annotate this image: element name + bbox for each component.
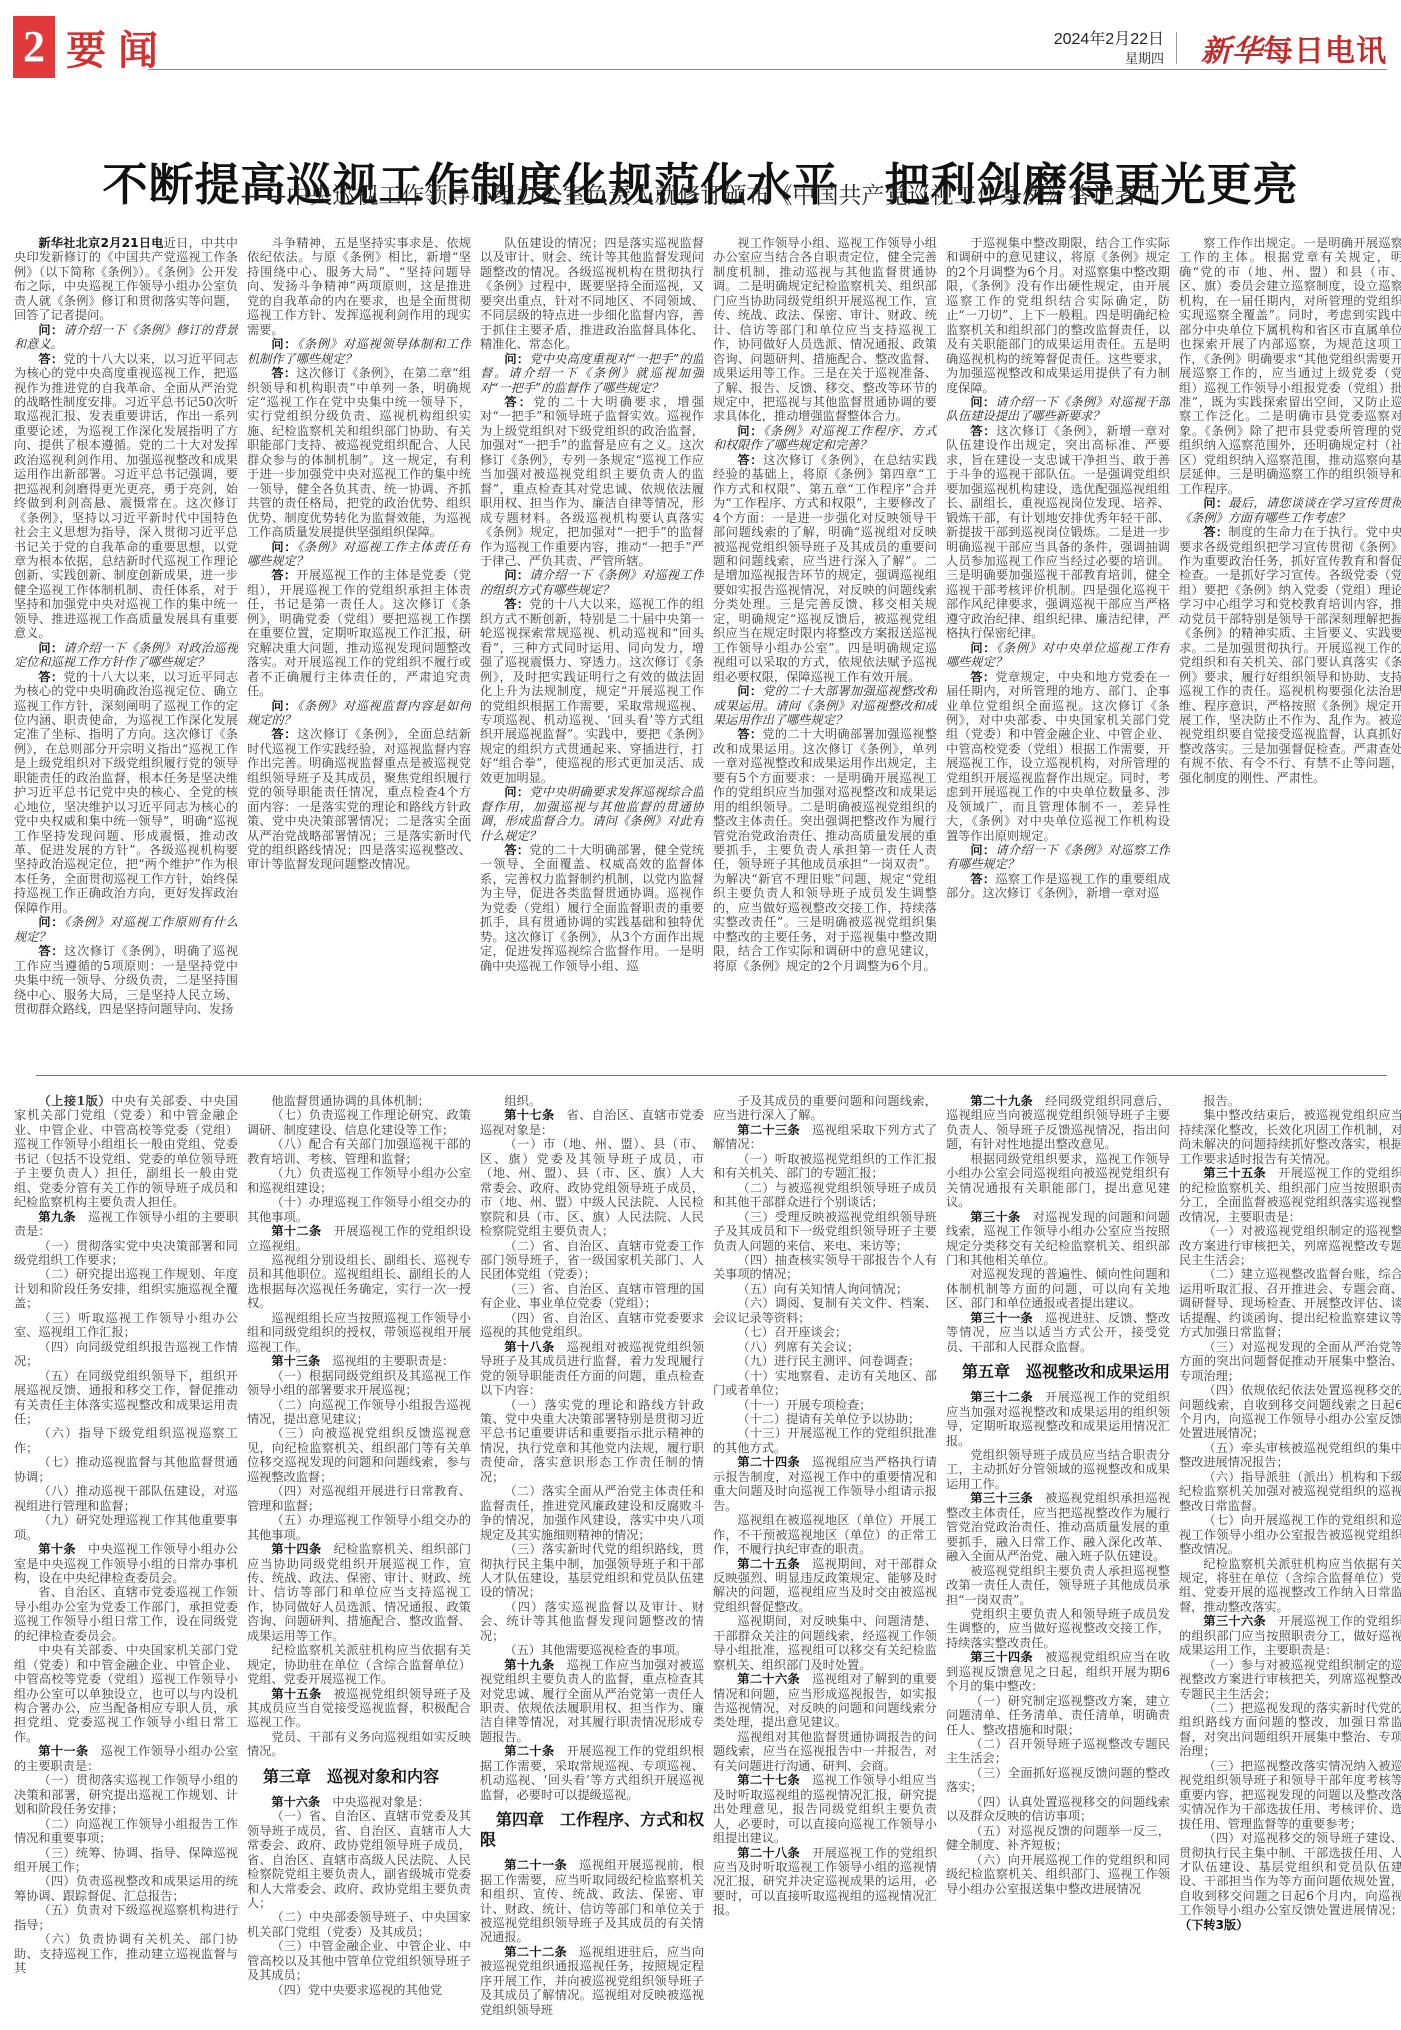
section-divider (36, 1075, 1387, 1076)
body-paragraph: （三）中管金融企业、中管企业、中管高校以及其他中管单位党组织领导班子及其成员； (247, 1939, 471, 1982)
paragraph-text: （一）省、自治区、直辖市党委及其领导班子成员，省、自治区、直辖市人大常委会、政府… (247, 1809, 471, 1910)
paragraph-text: 纪检监察机关派驻机构应当依据有关规定，将驻在单位（含综合监督单位）党组、党委开展… (1179, 1557, 1401, 1614)
body-paragraph: （三）向被巡视党组织反馈巡视意见，向纪检监察机关、组织部门等有关单位移交巡视发现… (247, 1426, 471, 1484)
chapter-heading: 第五章 巡视整改和成果运用 (946, 1362, 1170, 1382)
paragraph-text: （一）研究制定巡视整改方案，建立问题清单、任务清单、责任清单，明确责任人、整改措… (946, 1694, 1170, 1737)
paragraph-text: （八）配合有关部门加强巡视干部的教育培训、考核、管理和监督； (247, 1137, 471, 1165)
text-column: 新华社北京2月21日电近日，中共中央印发新修订的《中国共产党巡视工作条例》（以下… (14, 236, 238, 1054)
paragraph-text: （三）把巡视整改落实情况纳入被巡视党组织领导班子和领导干部年度考核等重要内容，把… (1179, 1759, 1401, 1831)
paragraph-text: 巡视期间，对反映集中、问题清楚、干部群众关注的问题线索，经巡视工作领导小组批准，… (713, 1614, 937, 1671)
text-column: 第二十九条经同级党组织同意后，巡视组应当向被巡视党组织领导班子主要负责人、领导班… (946, 1094, 1170, 2030)
text-column: 于巡视集中整改期限，结合工作实际和调研中的意见建议，将原《条例》规定的2个月调整… (946, 236, 1170, 1054)
paragraph-label: 问： (504, 568, 529, 582)
paragraph-label: 问： (271, 699, 297, 713)
question-paragraph: 问：请介绍一下《条例》对政治巡视定位和巡视工作方针作了哪些规定？ (14, 641, 238, 670)
body-paragraph: （九）负责巡视工作领导小组办公室和巡视组建设； (247, 1166, 471, 1195)
answer-paragraph: 答：制度的生命力在于执行。党中央要求各级党组织把学习宣传贯彻《条例》作为重要政治… (1179, 525, 1401, 785)
paragraph-text: 这次修订《条例》，在总结实践经验的基础上，将原《条例》第四章“工作方式和权限”、… (713, 453, 937, 684)
chapter-heading: 第四章 工作程序、方式和权限 (480, 1810, 704, 1850)
paragraph-text: （五）向有关知情人询问情况； (737, 1282, 908, 1296)
paragraph-text: （三）向被巡视党组织反馈巡视意见，向纪检监察机关、组织部门等有关单位移交巡视发现… (247, 1426, 471, 1483)
body-paragraph: （七）向开展巡视工作的党组织和巡视工作领导小组办公室报告被巡视党组织整改情况。 (1179, 1513, 1401, 1556)
date-separator (1176, 32, 1177, 64)
clause-number: 第三十五条 (1203, 1166, 1266, 1180)
question-paragraph: 问：《条例》对巡视工作主体责任有哪些规定？ (247, 540, 471, 569)
masthead: 2 要闻 2024年2月22日 星期四 新华每日电讯 (0, 0, 1401, 72)
paragraph-label: 答： (38, 670, 63, 684)
paragraph-text: 党的十八大以来，以习近平同志为核心的党中央明确政治巡视定位、确立巡视工作方针，深… (14, 670, 238, 915)
body-paragraph: （一）听取被巡视党组织的工作汇报和有关机关、部门的专题汇报； (713, 1152, 937, 1181)
clause-number: 第二十二条 (504, 1945, 567, 1959)
paragraph-text: （八）推动巡视干部队伍建设，对巡视组进行管理和监督； (14, 1484, 238, 1512)
paragraph-text: （十三）开展巡视工作的党组织批准的其他方式。 (713, 1426, 937, 1454)
body-paragraph: （四）向同级党组织报告巡视工作情况； (14, 1340, 238, 1369)
paragraph-text: （四）负责巡视整改和成果运用的统筹协调、跟踪督促、汇总报告； (14, 1874, 238, 1902)
body-paragraph: （七）负责巡视工作理论研究、政策调研、制度建设、信息化建设等工作； (247, 1108, 471, 1137)
paragraph-text: 于巡视集中整改期限，结合工作实际和调研中的意见建议，将原《条例》规定的2个月调整… (946, 236, 1170, 395)
paragraph-text: （一）贯彻落实巡视工作领导小组的决策和部署，研究提出巡视工作规划、计划和阶段任务… (14, 1773, 238, 1816)
article-clause: 第二十条开展巡视工作的党组织根据工作需要，采取常规巡视、专项巡视、机动巡视、‘回… (480, 1744, 704, 1802)
article-clause: 第二十二条巡视组进驻后，应当向被巡视党组织通报巡视任务，按照规定程序开展工作，并… (480, 1945, 704, 2017)
article-clause: 第二十六条巡视组对了解到的重要情况和问题，应当形成巡视报告，如实报告巡视情况，对… (713, 1672, 937, 1730)
text-column: 视工作领导小组、巡视工作领导小组办公室应当结合各自职责定位，健全完善制度机制，推… (713, 236, 937, 1054)
body-paragraph: （一）对被巡视党组织制定的巡视整改方案进行审核把关，列席巡视整改专题民主生活会； (1179, 1224, 1401, 1267)
paragraph-text: 这次修订《条例》，新增一章对队伍建设作出规定，突出高标准、严要求，旨在建设一支忠… (946, 424, 1170, 640)
paragraph-label: 答： (271, 366, 296, 380)
paragraph-label: 新华社北京2月21日电 (38, 236, 163, 250)
paragraph-text: 集中整改结束后，被巡视党组织应当持续深化整改，长效化巩固工作机制，对尚未解决的问… (1179, 1108, 1401, 1165)
clause-number: 第三十三条 (970, 1491, 1033, 1505)
paragraph-text: （十）办理巡视工作领导小组交办的其他事项。 (247, 1195, 471, 1223)
question-paragraph: 问：《条例》对巡视工作程序、方式和权限作了哪些规定和完善？ (713, 424, 937, 453)
paragraph-text: 党员、干部有义务向巡视组如实反映情况。 (247, 1730, 471, 1758)
paragraph-text: （九）进行民主测评、问卷调查； (737, 1354, 920, 1368)
body-paragraph: 集中整改结束后，被巡视党组织应当持续深化整改，长效化巩固工作机制，对尚未解决的问… (1179, 1108, 1401, 1166)
body-paragraph: （三）受理反映被巡视党组织领导班子及其成员和下一级党组织领导班子主要负责人问题的… (713, 1210, 937, 1253)
date-text: 2024年2月22日 (1054, 30, 1164, 50)
text-column: 子及其成员的重要问题和问题线索，应当进行深入了解。第二十三条巡视组采取下列方式了… (713, 1094, 937, 2030)
clause-number: 第三十六条 (1203, 1614, 1266, 1628)
clause-number: 第二十一条 (504, 1858, 567, 1872)
body-paragraph: 新华社北京2月21日电近日，中共中央印发新修订的《中国共产党巡视工作条例》（以下… (14, 236, 238, 323)
article-clause: 第三十一条巡视进驻、反馈、整改等情况，应当以适当方式公开，接受党员、干部和人民群… (946, 1311, 1170, 1354)
paragraph-text: 党组织主要负责人和领导班子成员发生调整的，应当做好巡视整改交接工作，持续落实整改… (946, 1607, 1170, 1650)
article-clause: 第三十二条开展巡视工作的党组织应当加强对巡视整改和成果运用的组织领导，定期听取巡… (946, 1390, 1170, 1448)
clause-number: 第三十条 (970, 1210, 1020, 1224)
body-paragraph: （六）负责协调有关机关、部门协助、支持巡视工作，推动建立巡视监督与其 (14, 1932, 238, 1975)
paragraph-text: （三）受理反映被巡视党组织领导班子及其成员和下一级党组织领导班子主要负责人问题的… (713, 1210, 937, 1253)
text-column: 察工作作出规定。一是明确开展巡察工作的主体。根据党章有关规定，明确“党的市（地、… (1179, 236, 1401, 1054)
clause-number: 第三十二条 (970, 1390, 1033, 1404)
paragraph-label: 问： (970, 641, 996, 655)
paragraph-label: 答： (970, 670, 995, 684)
clause-number: 第二十六条 (737, 1672, 800, 1686)
paragraph-text: （二）省、自治区、直辖市党委工作部门领导班子，省一级国家机关部门、人民团体党组（… (480, 1239, 704, 1282)
paragraph-label: 答： (271, 727, 297, 741)
paragraph-text: （四）落实巡视监督以及审计、财会、统计等其他监督发现问题整改的情况； (480, 1600, 704, 1643)
body-paragraph: （六）指导派驻（派出）机构和下级纪检监察机关加强对被巡视党组织的巡视整改日常监督… (1179, 1470, 1401, 1513)
answer-paragraph: 答：党的二十大明确部署加强巡视整改和成果运用。这次修订《条例》，单列一章对巡视整… (713, 727, 937, 973)
paragraph-label: 答： (970, 424, 996, 438)
body-paragraph: （七）推动巡视监督与其他监督贯通协调； (14, 1455, 238, 1484)
body-paragraph: 对巡视发现的普遍性、倾向性问题和体制机制等方面的问题，可以向有关地区、部门和单位… (946, 1267, 1170, 1310)
body-paragraph: （三）省、自治区、直辖市管理的国有企业、事业单位党委（党组）； (480, 1282, 704, 1311)
issue-date: 2024年2月22日 星期四 (1054, 30, 1164, 68)
body-paragraph: （二）中央部委领导班子、中央国家机关部门党组（党委）及其成员； (247, 1910, 471, 1939)
body-paragraph: （三）把巡视整改落实情况纳入被巡视党组织领导班子和领导干部年度考核等重要内容，把… (1179, 1759, 1401, 1831)
article-clause: 第十五条被巡视党组织领导班子及其成员应当自觉接受巡视监督，积极配合巡视工作。 (247, 1687, 471, 1730)
paragraph-label: 答： (737, 453, 763, 467)
body-paragraph: （一）参与对被巡视党组织制定的巡视整改方案进行审核把关，列席巡视整改专题民主生活… (1179, 1658, 1401, 1701)
regulation-text-columns: （上接1版）中央有关部委、中央国家机关部门党组（党委）和中管金融企业、中管企业、… (14, 1094, 1401, 2030)
body-paragraph: （二）向巡视工作领导小组报告工作情况和重要事项； (14, 1817, 238, 1846)
paragraph-text: （三）落实新时代党的组织路线，贯彻执行民主集中制，加强领导班子和干部人才队伍建设… (480, 1542, 704, 1599)
article-clause: 第十三条巡视组的主要职责是： (247, 1354, 471, 1368)
clause-number: 第二十九条 (970, 1094, 1033, 1108)
question-paragraph: 问：请介绍一下《条例》对巡视干部队伍建设提出了哪些新要求？ (946, 395, 1170, 424)
paragraph-text: 党章规定，中央和地方党委在一届任期内，对所管理的地方、部门、企事业单位党组织全面… (946, 670, 1170, 843)
paragraph-text: （三）省、自治区、直辖市管理的国有企业、事业单位党委（党组）； (480, 1282, 704, 1310)
body-paragraph: 报告。 (1179, 1094, 1401, 1108)
paragraph-text: （四）依规依纪依法处置巡视移交的问题线索，自收到移交问题线索之日起6个月内，向巡… (1179, 1383, 1401, 1440)
body-paragraph: 根据同级党组织要求，巡视工作领导小组办公室会同巡视组向被巡视党组织有关情况通报有… (946, 1152, 1170, 1210)
paragraph-text: 对巡视发现的普遍性、倾向性问题和体制机制等方面的问题，可以向有关地区、部门和单位… (946, 1267, 1170, 1310)
article-clause: 第十条中央巡视工作领导小组办公室是中央巡视工作领导小组的日常办事机构，设在中央纪… (14, 1542, 238, 1585)
paragraph-label: 问： (271, 337, 297, 351)
article-clause: 第二十三条巡视组采取下列方式了解情况： (713, 1123, 937, 1152)
body-paragraph: （二）把巡视发现的落实新时代党的组织路线方面问题的整改，加强日常监督，对突出问题… (1179, 1701, 1401, 1759)
body-paragraph: 子及其成员的重要问题和问题线索，应当进行深入了解。 (713, 1094, 937, 1123)
paragraph-text: （二）研究提出巡视工作规划、年度计划和阶段任务安排，组织实施巡视全覆盖； (14, 1267, 238, 1310)
clause-number: 第十六条 (271, 1795, 320, 1809)
paragraph-text: 纪检监察机关派驻机构应当依据有关规定，协助驻在单位（含综合监督单位）党组、党委开… (247, 1643, 471, 1686)
paragraph-text: 党的十八大以来，以习近平同志为核心的党中央高度重视巡视工作，把巡视作为推进党的自… (14, 352, 238, 641)
body-paragraph: （五）负责对下级巡视巡察机构进行指导； (14, 1903, 238, 1932)
body-paragraph: （三）全面抓好巡视反馈问题的整改落实； (946, 1766, 1170, 1795)
paragraph-text: 巡视组组长应当按照巡视工作领导小组和同级党组织的授权，带领巡视组开展巡视工作。 (247, 1311, 471, 1354)
paragraph-label: 问： (271, 540, 297, 554)
paragraph-text: （二）中央部委领导班子、中央国家机关部门党组（党委）及其成员； (247, 1910, 471, 1938)
article-clause: 第三十三条被巡视党组织承担巡视整改主体责任，应当把巡视整改作为履行管党治党政治责… (946, 1491, 1170, 1563)
body-paragraph: （十一）开展专项检查； (713, 1398, 937, 1412)
paragraph-text: （五）对巡视反馈的问题举一反三，健全制度、补齐短板； (946, 1824, 1170, 1852)
text-column: 队伍建设的情况；四是落实巡视监督以及审计、财会、统计等其他监督发现问题整改的情况… (480, 236, 704, 1054)
body-paragraph: 党员、干部有义务向巡视组如实反映情况。 (247, 1730, 471, 1759)
paragraph-text: 察工作作出规定。一是明确开展巡察工作的主体。根据党章有关规定，明确“党的市（地、… (1179, 236, 1401, 496)
clause-number: 第十四条 (271, 1542, 321, 1556)
paragraph-text: （五）办理巡视工作领导小组交办的其他事项。 (247, 1513, 471, 1541)
paragraph-text: （六）向开展巡视工作的党组织和同级纪检监察机关、组织部门、巡视工作领导小组办公室… (946, 1853, 1170, 1896)
paragraph-label: 答： (970, 872, 995, 886)
body-paragraph: 巡视期间，对反映集中、问题清楚、干部群众关注的问题线索，经巡视工作领导小组批准，… (713, 1614, 937, 1672)
question-paragraph: 问：党的二十大部署加强巡视整改和成果运用。请问《条例》对巡视整改和成果运用作出了… (713, 684, 937, 727)
paragraph-text: （一）对被巡视党组织制定的巡视整改方案进行审核把关，列席巡视整改专题民主生活会； (1179, 1224, 1401, 1267)
answer-paragraph: 答：党章规定，中央和地方党委在一届任期内，对所管理的地方、部门、企事业单位党组织… (946, 670, 1170, 843)
body-paragraph: （二）研究提出巡视工作规划、年度计划和阶段任务安排，组织实施巡视全覆盖； (14, 1267, 238, 1310)
body-paragraph: （四）依规依纪依法处置巡视移交的问题线索，自收到移交问题线索之日起6个月内，向巡… (1179, 1383, 1401, 1441)
paragraph-text: 开展巡视工作的主体是党委（党组），开展巡视工作的党组织承担主体责任，书记是第一责… (247, 568, 471, 698)
paragraph-label: 问： (504, 352, 529, 366)
paragraph-text: （一）听取被巡视党组织的工作汇报和有关机关、部门的专题汇报； (713, 1152, 937, 1180)
body-paragraph: 组织。 (480, 1094, 704, 1108)
paragraph-label: 答： (38, 944, 64, 958)
clause-number: 第二十三条 (737, 1123, 800, 1137)
paragraph-label: 问： (38, 915, 64, 929)
continued-on-page-3: （下转3版） (1179, 1918, 1248, 1932)
body-paragraph: （一）市（地、州、盟）、县（市、区、旗）党委及其领导班子成员，市（地、州、盟）、… (480, 1137, 704, 1238)
article-clause: 第十二条开展巡视工作的党组织设立巡视组。 (247, 1224, 471, 1253)
clause-number: 第三十一条 (970, 1311, 1033, 1325)
clause-number: 第十五条 (271, 1687, 321, 1701)
body-paragraph: （九）进行民主测评、问卷调查； (713, 1354, 937, 1368)
body-paragraph: （四）党中央要求巡视的其他党 (247, 1983, 471, 1997)
clause-number: 第二十五条 (737, 1557, 800, 1571)
text-column: 组织。第十七条省、自治区、直辖市党委巡视对象是：（一）市（地、州、盟）、县（市、… (480, 1094, 704, 2030)
body-paragraph: （二）落实全面从严治党主体责任和监督责任，推进党风廉政建设和反腐败斗争的情况，加… (480, 1484, 704, 1542)
body-paragraph: 被巡视党组织主要负责人承担巡视整改第一责任人责任，领导班子其他成员承担“一岗双责… (946, 1564, 1170, 1607)
paragraph-label: 答： (504, 395, 533, 409)
body-paragraph: （五）向有关知情人询问情况； (713, 1282, 937, 1296)
paragraph-label: 答： (38, 352, 63, 366)
paragraph-text: （十）实地察看、走访有关地区、部门或者单位； (713, 1369, 937, 1397)
paragraph-text: 视工作领导小组、巡视工作领导小组办公室应当结合各自职责定位，健全完善制度机制，推… (713, 236, 937, 423)
body-paragraph: （二）召开领导班子巡视整改专题民主生活会； (946, 1737, 1170, 1766)
paragraph-text: （六）指导下级党组织巡视巡察工作； (14, 1426, 238, 1454)
article-clause: 第二十五条巡视期间，对干部群众反映强烈、明显违反政策规定、能够及时解决的问题，巡… (713, 1557, 937, 1615)
paragraph-label: 答： (504, 843, 529, 857)
body-paragraph: （十二）提请有关单位予以协助； (713, 1412, 937, 1426)
paragraph-text: （六）负责协调有关机关、部门协助、支持巡视工作，推动建立巡视监督与其 (14, 1932, 238, 1975)
paragraph-label: 答： (1203, 525, 1228, 539)
clause-number: 第十九条 (504, 1658, 554, 1672)
text-column: 斗争精神，五是坚持实事求是、依规依纪依法。与原《条例》相比，新增“坚持围绕中心、… (247, 236, 471, 1054)
paragraph-text: 中央有关部委、中央国家机关部门党组（党委）和中管金融企业、中管企业、中管高校等党… (14, 1643, 238, 1744)
clause-number: 第十一条 (38, 1744, 88, 1758)
paragraph-text: 队伍建设的情况；四是落实巡视监督以及审计、财会、统计等其他监督发现问题整改的情况… (480, 236, 704, 351)
answer-paragraph: 答：党的十八大以来，以习近平同志为核心的党中央高度重视巡视工作，把巡视作为推进党… (14, 352, 238, 641)
question-paragraph: 问：请介绍一下《条例》对巡察工作有哪些规定？ (946, 843, 1170, 872)
paragraph-label: 问： (737, 684, 762, 698)
answer-paragraph: 答：这次修订《条例》，在第二章“组织领导和机构职责”中单列一条，明确规定“巡视工… (247, 366, 471, 539)
paragraph-text: （三）全面抓好巡视反馈问题的整改落实； (946, 1766, 1170, 1794)
article-clause: 第二十四条巡视组应当严格执行请示报告制度，对巡视工作中的重要情况和重大问题及时向… (713, 1455, 937, 1513)
chapter-heading: 第三章 巡视对象和内容 (247, 1767, 471, 1787)
paragraph-text: （七）向开展巡视工作的党组织和巡视工作领导小组办公室报告被巡视党组织整改情况。 (1179, 1513, 1401, 1556)
paragraph-text: 组织。 (504, 1094, 541, 1108)
clause-number: 第十二条 (271, 1224, 321, 1238)
question-paragraph: 问：《条例》对中央单位巡视工作有哪些规定？ (946, 641, 1170, 670)
paragraph-text: （四）认真处置巡视移交的问题线索以及群众反映的信访事项； (946, 1795, 1170, 1823)
article-clause: 第三十六条开展巡视工作的党组织的组织部门应当按照职责分工，做好巡视成果运用工作，… (1179, 1614, 1401, 1657)
logo-xinhua: 新华 (1201, 34, 1263, 69)
weekday-text: 星期四 (1054, 50, 1164, 68)
paragraph-label: （上接1版） (38, 1094, 111, 1108)
text-column: 报告。集中整改结束后，被巡视党组织应当持续深化整改，长效化巩固工作机制，对尚未解… (1179, 1094, 1401, 2030)
paragraph-text: （五）在同级党组织领导下，组织开展巡视反馈、通报和移交工作，督促推动有关责任主体… (14, 1369, 238, 1426)
clause-number: 第十条 (38, 1542, 76, 1556)
paragraph-text: （七）推动巡视监督与其他监督贯通协调； (14, 1455, 238, 1483)
body-paragraph: （六）向开展巡视工作的党组织和同级纪检监察机关、组织部门、巡视工作领导小组办公室… (946, 1853, 1170, 1896)
body-paragraph: 斗争精神，五是坚持实事求是、依规依纪依法。与原《条例》相比，新增“坚持围绕中心、… (247, 236, 471, 337)
paragraph-label: 问： (38, 323, 63, 337)
article-clause: 第十四条纪检监察机关、组织部门应当协助同级党组织开展巡视工作，宣传、统战、政法、… (247, 1542, 471, 1643)
paragraph-text: 中央有关部委、中央国家机关部门党组（党委）和中管金融企业、中管企业、中管高校等党… (14, 1094, 238, 1209)
paragraph-text: 巡视组对其他监督贯通协调报告的问题线索，应当在巡视报告中一并报告，对有关问题进行… (713, 1730, 937, 1773)
clause-number: 第十三条 (271, 1354, 320, 1368)
logo-meiri-dianxun: 每日电讯 (1263, 34, 1387, 69)
paragraph-text: 这次修订《条例》，全面总结新时代巡视工作实践经验，对巡视监督内容作出完善。明确巡… (247, 727, 471, 871)
body-paragraph: （二）向巡视工作领导小组报告巡视情况，提出意见建议； (247, 1398, 471, 1427)
clause-number: 第二十条 (504, 1744, 554, 1758)
question-paragraph: 问：请介绍一下《条例》对巡视工作的组织方式有哪些规定？ (480, 568, 704, 597)
body-paragraph: 巡视组在被巡视地区（单位）开展工作，不干预被巡视地区（单位）的正常工作，不履行执… (713, 1513, 937, 1556)
paragraph-text: 党的二十大明确部署加强巡视整改和成果运用。这次修订《条例》，单列一章对巡视整改和… (713, 727, 937, 972)
paragraph-text: 这次修订《条例》，在第二章“组织领导和机构职责”中单列一条，明确规定“巡视工作在… (247, 366, 471, 539)
answer-paragraph: 答：这次修订《条例》，全面总结新时代巡视工作实践经验，对巡视监督内容作出完善。明… (247, 727, 471, 872)
paragraph-text: （四）向同级党组织报告巡视工作情况； (14, 1340, 238, 1368)
paragraph-text: 党组织领导班子成员应当结合职责分工，主动抓好分管领域的巡视整改和成果运用工作。 (946, 1448, 1170, 1491)
paragraph-text: （二）落实全面从严治党主体责任和监督责任，推进党风廉政建设和反腐败斗争的情况，加… (480, 1484, 704, 1541)
paragraph-text: 省、自治区、直辖市党委巡视工作领导小组办公室为党委工作部门，承担党委巡视工作领导… (14, 1585, 238, 1642)
body-paragraph: 察工作作出规定。一是明确开展巡察工作的主体。根据党章有关规定，明确“党的市（地、… (1179, 236, 1401, 496)
article-clause: 第九条巡视工作领导小组的主要职责是： (14, 1210, 238, 1239)
paragraph-text: （五）其他需要巡视检查的事项。 (504, 1643, 687, 1657)
paragraph-text: 斗争精神，五是坚持实事求是、依规依纪依法。与原《条例》相比，新增“坚持围绕中心、… (247, 236, 471, 337)
body-paragraph: 中央有关部委、中央国家机关部门党组（党委）和中管金融企业、中管企业、中管高校等党… (14, 1643, 238, 1744)
paragraph-text: （五）负责对下级巡视巡察机构进行指导； (14, 1903, 238, 1931)
body-paragraph: （二）建立巡视整改监督台账，综合运用听取汇报、召开推进会、专题会商、调研督导、现… (1179, 1267, 1401, 1339)
body-paragraph: （十）实地察看、走访有关地区、部门或者单位； (713, 1369, 937, 1398)
paragraph-label: 问： (970, 395, 995, 409)
paragraph-text: 党的十八大以来，巡视工作的组织方式不断创新，特别是二十届中央第一轮巡视探索常规巡… (480, 597, 704, 784)
body-paragraph: （六）指导下级党组织巡视巡察工作； (14, 1426, 238, 1455)
paragraph-text: （九）研究处理巡视工作其他重要事项。 (14, 1513, 238, 1541)
body-paragraph: （七）召开座谈会； (713, 1325, 937, 1339)
question-paragraph: 问：党中央明确要求发挥巡视综合监督作用，加强巡视与其他监督的贯通协调，形成监督合… (480, 785, 704, 843)
body-paragraph: （二）与被巡视党组织领导班子成员和其他干部群众进行个别谈话； (713, 1181, 937, 1210)
article-clause: 第十六条中央巡视对象是： (247, 1795, 471, 1809)
paragraph-text: （二）向巡视工作领导小组报告巡视情况，提出意见建议； (247, 1398, 471, 1426)
paragraph-text: （十一）开展专项检查； (737, 1398, 871, 1412)
clause-number: 第十八条 (504, 1340, 554, 1354)
paragraph-text: （四）抽查核实领导干部报告个人有关事项的情况； (713, 1253, 937, 1281)
paragraph-text: （九）负责巡视工作领导小组办公室和巡视组建设； (247, 1166, 471, 1194)
paragraph-text: （三）对巡视发现的全面从严治党等方面的突出问题督促推动开展集中整治、专项治理； (1179, 1340, 1401, 1383)
paragraph-label: 问： (1203, 496, 1228, 510)
page-number-badge: 2 (13, 16, 55, 78)
answer-paragraph: 答：这次修订《条例》，明确了巡视工作应当遵循的5项原则：一是坚持党中央集中统一领… (14, 944, 238, 1016)
clause-number: 第二十八条 (737, 1846, 800, 1860)
body-paragraph: 巡视组对其他监督贯通协调报告的问题线索，应当在巡视报告中一并报告，对有关问题进行… (713, 1730, 937, 1773)
paragraph-label: 答： (504, 597, 529, 611)
paragraph-text: （三）听取巡视工作领导小组办公室、巡视组工作汇报； (14, 1311, 238, 1339)
body-paragraph: 党组织领导班子成员应当结合职责分工，主动抓好分管领域的巡视整改和成果运用工作。 (946, 1448, 1170, 1491)
paragraph-label: 答： (271, 568, 296, 582)
paragraph-text: （一）落实党的理论和路线方针政策、党中央重大决策部署特别是贯彻习近平总书记重要讲… (480, 1398, 704, 1484)
body-paragraph: （一）根据同级党组织及其巡视工作领导小组的部署要求开展巡视； (247, 1369, 471, 1398)
paragraph-text: （二）建立巡视整改监督台账，综合运用听取汇报、召开推进会、专题会商、调研督导、现… (1179, 1267, 1401, 1339)
body-paragraph: （上接1版）中央有关部委、中央国家机关部门党组（党委）和中管金融企业、中管企业、… (14, 1094, 238, 1210)
answer-paragraph: 答：开展巡视工作的主体是党委（党组），开展巡视工作的党组织承担主体责任，书记是第… (247, 568, 471, 698)
paragraph-text: （四）党中央要求巡视的其他党 (271, 1983, 442, 1997)
article-clause: 第三十四条被巡视党组织应当在收到巡视反馈意见之日起，组织开展为期6个月的集中整改… (946, 1650, 1170, 1693)
answer-paragraph: 答：党的二十大明确要求，增强对“一把手”和领导班子监督实效。巡视作为上级党组织对… (480, 395, 704, 568)
paragraph-text: （五）牵头审核被巡视党组织的集中整改进展情况报告； (1179, 1441, 1401, 1469)
paragraph-text: 被巡视党组织主要负责人承担巡视整改第一责任人责任，领导班子其他成员承担“一岗双责… (946, 1564, 1170, 1607)
body-paragraph: （六）调阅、复制有关文件、档案、会议记录等资料； (713, 1296, 937, 1325)
paragraph-label: 问： (504, 785, 529, 799)
body-paragraph: 党组织主要负责人和领导班子成员发生调整的，应当做好巡视整改交接工作，持续落实整改… (946, 1607, 1170, 1650)
article-clause: 第二十一条巡视组开展巡视前，根据工作需要，应当听取同级纪检监察机关和组织、宣传、… (480, 1858, 704, 1945)
paragraph-text: （二）向巡视工作领导小组报告工作情况和重要事项； (14, 1817, 238, 1845)
body-paragraph: （四）省、自治区、直辖市党委要求巡视的其他党组织。 (480, 1311, 704, 1340)
paragraph-text: 巡视组在被巡视地区（单位）开展工作，不干预被巡视地区（单位）的正常工作，不履行执… (713, 1513, 937, 1556)
paragraph-text: （一）市（地、州、盟）、县（市、区、旗）党委及其领导班子成员，市（地、州、盟）、… (480, 1137, 704, 1238)
body-paragraph: 纪检监察机关派驻机构应当依据有关规定，协助驻在单位（含综合监督单位）党组、党委开… (247, 1643, 471, 1686)
answer-paragraph: 答：这次修订《条例》，新增一章对队伍建设作出规定，突出高标准、严要求，旨在建设一… (946, 424, 1170, 641)
answer-paragraph: 答：党的十八大以来，以习近平同志为核心的党中央明确政治巡视定位、确立巡视工作方针… (14, 670, 238, 916)
body-paragraph: （三）对巡视发现的全面从严治党等方面的突出问题督促推动开展集中整治、专项治理； (1179, 1340, 1401, 1383)
body-paragraph: （八）列席有关会议； (713, 1340, 937, 1354)
body-paragraph: （二）省、自治区、直辖市党委工作部门领导班子，省一级国家机关部门、人民团体党组（… (480, 1239, 704, 1282)
body-paragraph: （五）在同级党组织领导下，组织开展巡视反馈、通报和移交工作，督促推动有关责任主体… (14, 1369, 238, 1427)
paragraph-text: 党的二十大明确要求，增强对“一把手”和领导班子监督实效。巡视作为上级党组织对下级… (480, 395, 704, 568)
question-paragraph: 问：《条例》对巡视监督内容是如何规定的？ (247, 699, 471, 728)
paragraph-text: （四）对巡视组开展进行日常教育、管理和监督； (247, 1484, 471, 1512)
body-paragraph: （四）负责巡视整改和成果运用的统筹协调、跟踪督促、汇总报告； (14, 1874, 238, 1903)
answer-paragraph: 答：巡察工作是巡视工作的重要组成部分。这次修订《条例》，新增一章对巡 (946, 872, 1170, 901)
article-clause: 第三十条对巡视发现的问题和问题线索，巡视工作领导小组办公室应当按照规定分类移交有… (946, 1210, 1170, 1268)
body-paragraph: （四）对巡视组开展进行日常教育、管理和监督； (247, 1484, 471, 1513)
text-column: （上接1版）中央有关部委、中央国家机关部门党组（党委）和中管金融企业、中管企业、… (14, 1094, 238, 2030)
paragraph-text: 他监督贯通协调的具体机制； (271, 1094, 429, 1108)
paragraph-text: 巡视组分别设组长、副组长、巡视专员和其他职位。巡视组组长、副组长的人选根据每次巡… (247, 1253, 471, 1310)
body-paragraph: 于巡视集中整改期限，结合工作实际和调研中的意见建议，将原《条例》规定的2个月调整… (946, 236, 1170, 395)
paragraph-label: 问： (737, 424, 763, 438)
text-column: 他监督贯通协调的具体机制；（七）负责巡视工作理论研究、政策调研、制度建设、信息化… (247, 1094, 471, 2030)
paragraph-text: （七）负责巡视工作理论研究、政策调研、制度建设、信息化建设等工作； (247, 1108, 471, 1136)
body-paragraph: （五）其他需要巡视检查的事项。 (480, 1643, 704, 1657)
body-paragraph: 他监督贯通协调的具体机制； (247, 1094, 471, 1108)
question-paragraph: 问：党中央高度重视对“一把手”的监督。请介绍一下《条例》就巡视加强对“一把手”的… (480, 352, 704, 395)
paragraph-text: 报告。 (1203, 1094, 1240, 1108)
answer-paragraph: 答：党的二十大明确部署，健全党统一领导、全面覆盖、权威高效的监督体系，完善权力监… (480, 843, 704, 973)
body-paragraph: （三）听取巡视工作领导小组办公室、巡视组工作汇报； (14, 1311, 238, 1340)
article-clause: 第二十九条经同级党组织同意后，巡视组应当向被巡视党组织领导班子主要负责人、领导班… (946, 1094, 1170, 1152)
article-clause: 第二十八条开展巡视工作的党组织应当及时听取巡视工作领导小组的巡视情况汇报，研究并… (713, 1846, 937, 1918)
paragraph-text: （四）对巡视移交的领导班子建设、贯彻执行民主集中制、干部选拔任用、人才队伍建设、… (1179, 1831, 1401, 1917)
body-paragraph: 省、自治区、直辖市党委巡视工作领导小组办公室为党委工作部门，承担党委巡视工作领导… (14, 1585, 238, 1643)
article-clause: 第十九条巡视工作应当加强对被巡视党组织主要负责人的监督，重点检查其对党忠诚、履行… (480, 1658, 704, 1745)
body-paragraph: （五）对巡视反馈的问题举一反三，健全制度、补齐短板； (946, 1824, 1170, 1853)
paragraph-text: （六）指导派驻（派出）机构和下级纪检监察机关加强对被巡视党组织的巡视整改日常监督… (1179, 1470, 1401, 1513)
paragraph-text: 根据同级党组织要求，巡视工作领导小组办公室会同巡视组向被巡视党组织有关情况通报有… (946, 1152, 1170, 1209)
paragraph-text: 党的二十大明确部署，健全党统一领导、全面覆盖、权威高效的监督体系，完善权力监督制… (480, 843, 704, 973)
paragraph-text: （二）与被巡视党组织领导班子成员和其他干部群众进行个别谈话； (713, 1181, 937, 1209)
answer-paragraph: 答：这次修订《条例》，在总结实践经验的基础上，将原《条例》第四章“工作方式和权限… (713, 453, 937, 684)
clause-number: 第九条 (38, 1210, 76, 1224)
question-paragraph: 问：最后，请您谈谈在学习宣传贯彻《条例》方面有哪些工作考虑？ (1179, 496, 1401, 525)
article-clause: 第十七条省、自治区、直辖市党委巡视对象是： (480, 1108, 704, 1137)
article-clause: 第三十五条开展巡视工作的党组织的纪检监察机关、组织部门应当按照职责分工，全面监督… (1179, 1166, 1401, 1224)
body-paragraph: 纪检监察机关派驻机构应当依据有关规定，将驻在单位（含综合监督单位）党组、党委开展… (1179, 1557, 1401, 1615)
question-paragraph: 问：《条例》对巡视工作原则有什么规定？ (14, 915, 238, 944)
paragraph-text: 制度的生命力在于执行。党中央要求各级党组织把学习宣传贯彻《条例》作为重要政治任务… (1179, 525, 1401, 785)
answer-paragraph: 答：党的十八大以来，巡视工作的组织方式不断创新，特别是二十届中央第一轮巡视探索常… (480, 597, 704, 785)
clause-number: 第二十四条 (737, 1455, 800, 1469)
body-paragraph: （三）落实新时代党的组织路线，贯彻执行民主集中制，加强领导班子和干部人才队伍建设… (480, 1542, 704, 1600)
body-paragraph: （五）牵头审核被巡视党组织的集中整改进展情况报告； (1179, 1441, 1401, 1470)
